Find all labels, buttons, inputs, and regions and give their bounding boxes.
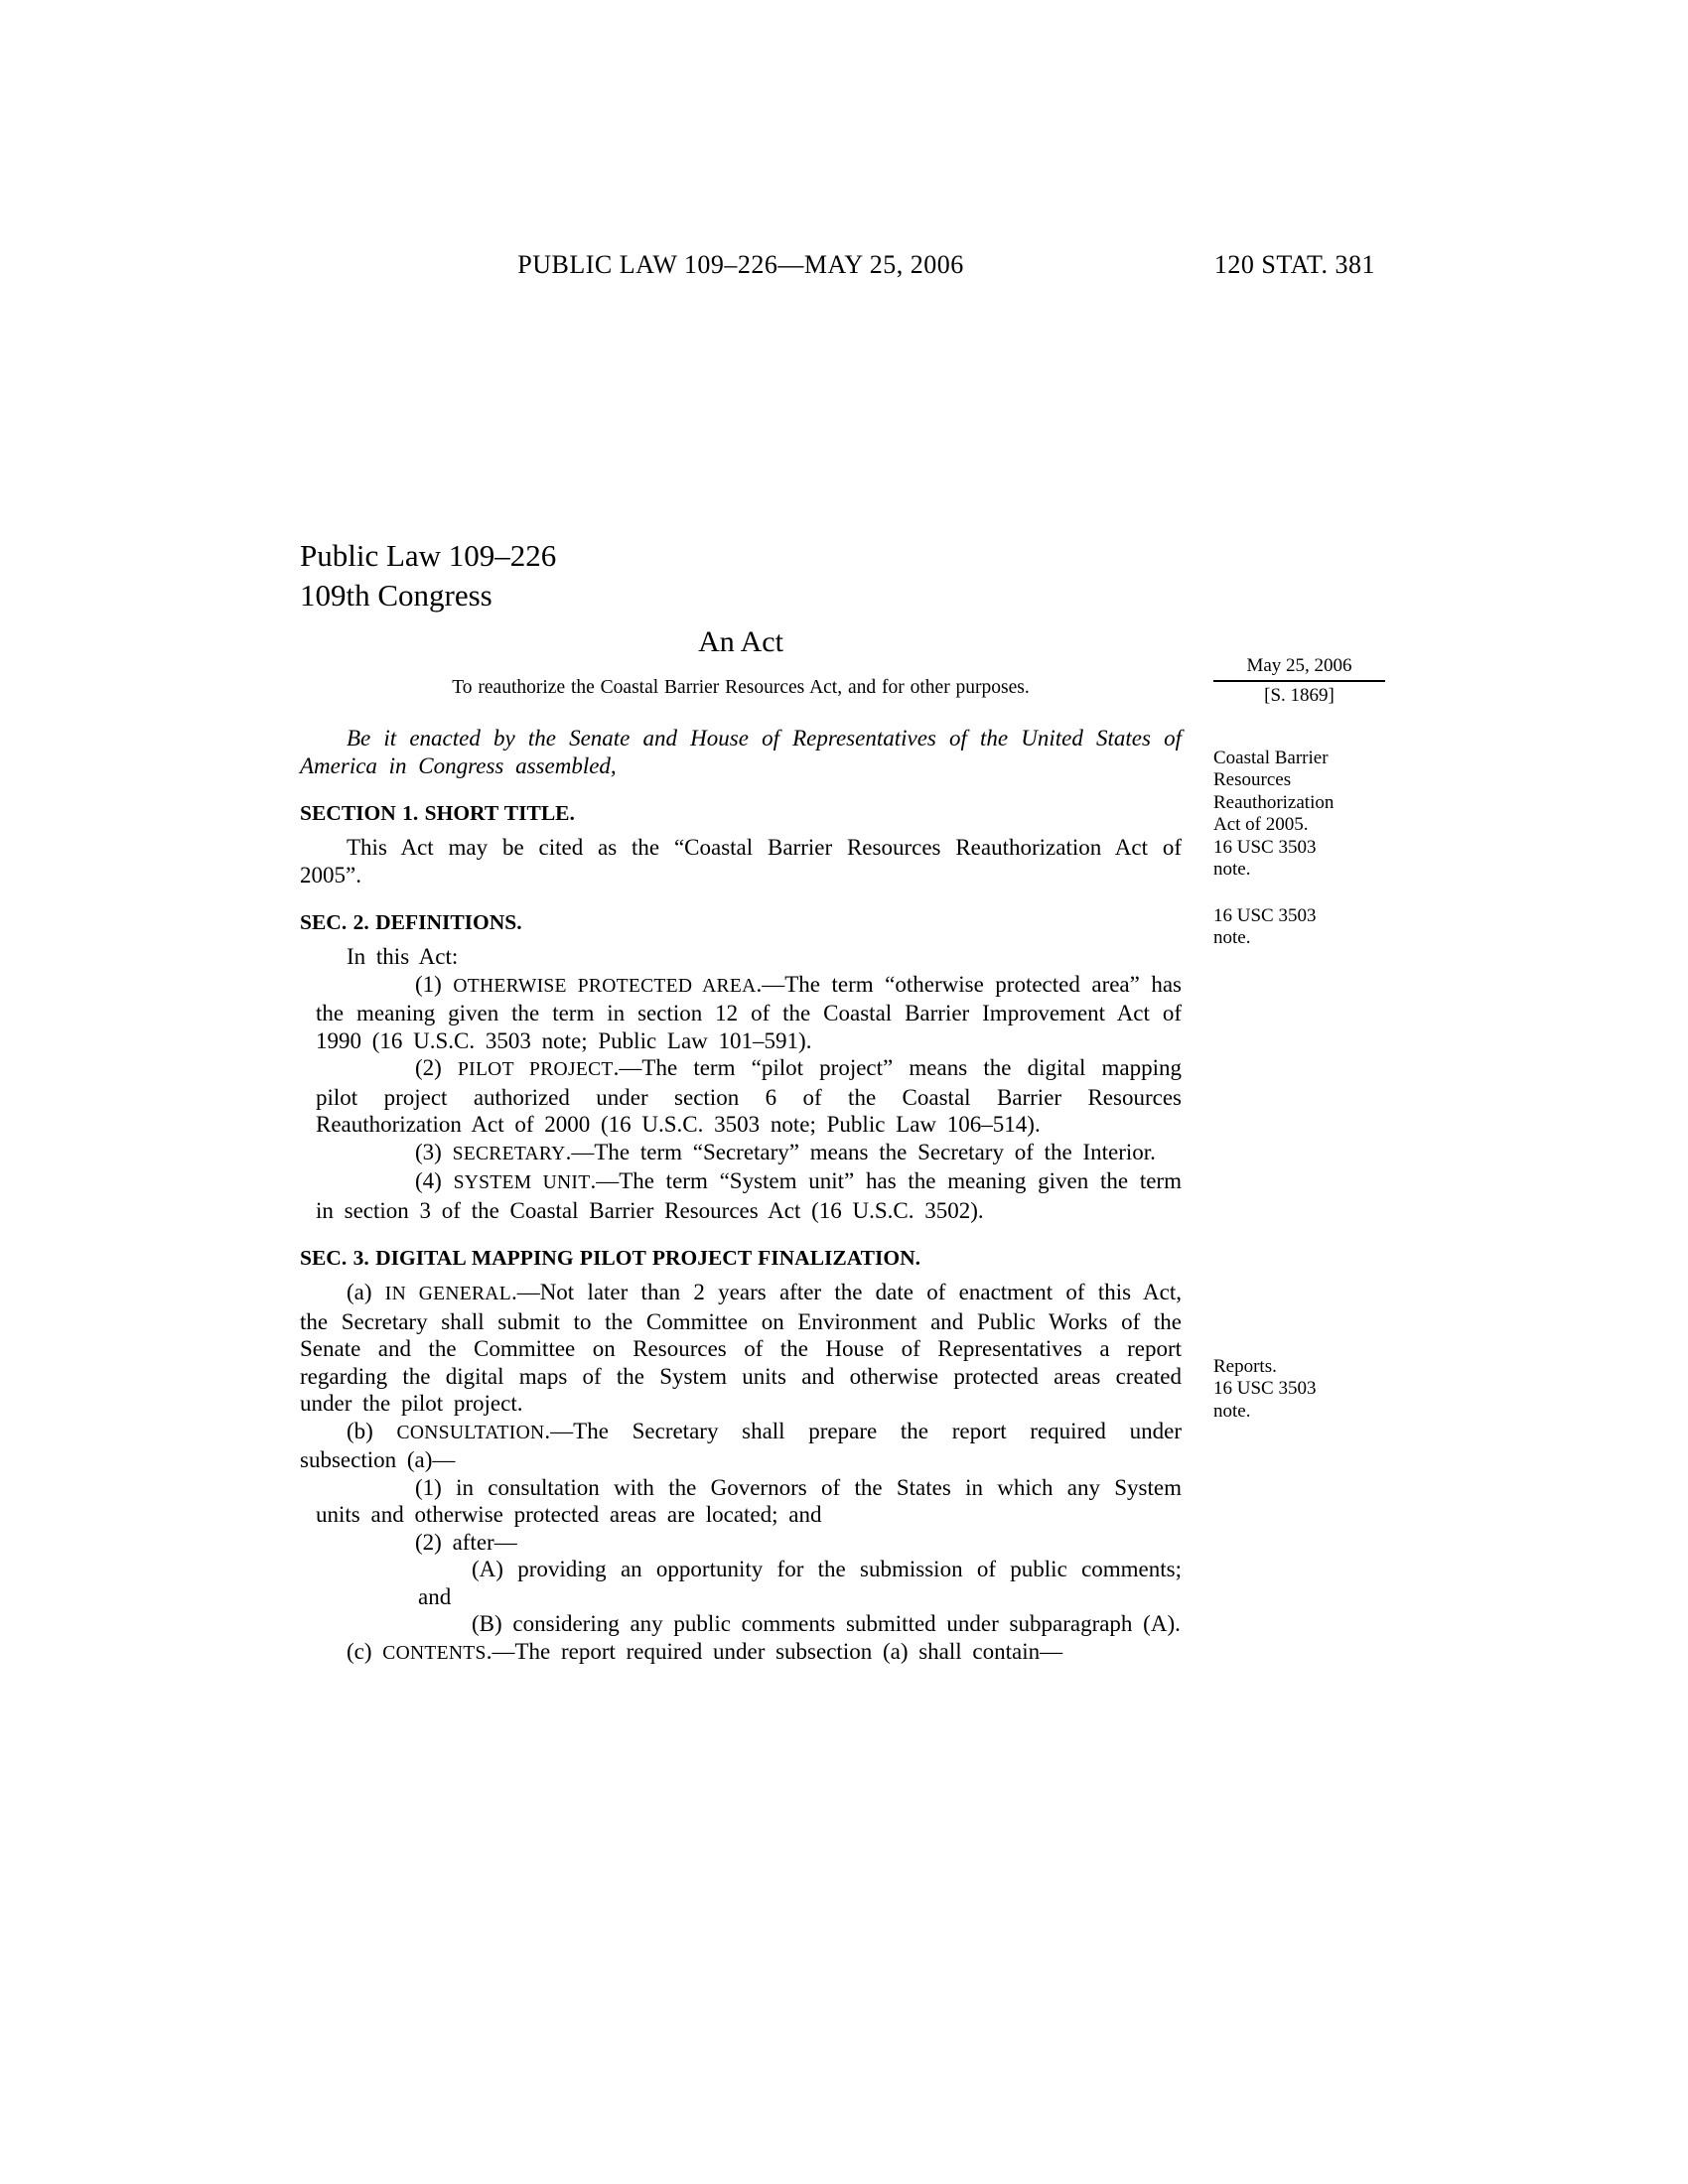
margin-note-line: note. [1213, 1401, 1394, 1423]
text-run: (c) [347, 1639, 382, 1664]
margin-note-line: Reports. [1213, 1356, 1394, 1378]
margin-note-line: May 25, 2006 [1213, 655, 1385, 677]
margin-note-line: Reauthorization [1213, 792, 1394, 814]
definitions-note: 16 USC 3503note. [1213, 905, 1394, 950]
section-heading: SECTION 1. SHORT TITLE. [300, 800, 1182, 827]
running-header-stat-page: 120 STAT. 381 [1142, 250, 1375, 280]
margin-note-text: 16 USC 3503note. [1213, 905, 1394, 950]
running-header-law-line: PUBLIC LAW 109–226—MAY 25, 2006 [300, 250, 1182, 280]
defined-term: SYSTEM UNIT [454, 1172, 591, 1193]
text-run: .—The report required under subsection (… [487, 1639, 1062, 1664]
enacting-clause: Be it enacted by the Senate and House of… [300, 725, 1182, 779]
short-title-note: Coastal BarrierResourcesReauthorizationA… [1213, 748, 1394, 881]
statute-paragraph: (2) PILOT PROJECT.—The term “pilot proje… [316, 1054, 1182, 1139]
statute-paragraph: (4) SYSTEM UNIT.—The term “System unit” … [316, 1167, 1182, 1224]
defined-term: CONTENTS [382, 1643, 486, 1664]
text-run: (B) considering any public comments subm… [472, 1611, 1181, 1636]
margin-note-text: Coastal BarrierResourcesReauthorizationA… [1213, 748, 1394, 881]
defined-term: IN GENERAL [385, 1284, 511, 1304]
text-run: (3) [415, 1140, 453, 1164]
margin-note-text: May 25, 2006 [1213, 655, 1385, 682]
text-run: (b) [347, 1419, 397, 1443]
statute-paragraph: (c) CONTENTS.—The report required under … [300, 1638, 1182, 1668]
text-run: .—The term “Secretary” means the Secreta… [566, 1140, 1156, 1164]
margin-note-line: Resources [1213, 769, 1394, 791]
act-heading: An Act [300, 625, 1182, 659]
section-heading: SEC. 3. DIGITAL MAPPING PILOT PROJECT FI… [300, 1245, 1182, 1272]
defined-term: SECRETARY [453, 1144, 566, 1164]
reports-note: Reports.16 USC 3503note. [1213, 1356, 1394, 1423]
text-run: This Act may be cited as the “Coastal Ba… [300, 835, 1182, 887]
section-heading: SEC. 2. DEFINITIONS. [300, 909, 1182, 936]
margin-note-line: Act of 2005. [1213, 814, 1394, 836]
statute-paragraph: (a) IN GENERAL.—Not later than 2 years a… [300, 1279, 1182, 1418]
text-run: (A) providing an opportunity for the sub… [418, 1557, 1182, 1609]
statute-paragraph: This Act may be cited as the “Coastal Ba… [300, 834, 1182, 888]
statute-paragraph: (3) SECRETARY.—The term “Secretary” mean… [316, 1139, 1182, 1168]
statute-page: { "colors": { "paper": "#ffffff", "ink":… [0, 0, 1688, 2184]
margin-note-line: note. [1213, 927, 1394, 949]
statute-paragraph: (A) providing an opportunity for the sub… [418, 1556, 1182, 1610]
text-run: (1) in consultation with the Governors o… [316, 1475, 1182, 1528]
statute-paragraph: (1) OTHERWISE PROTECTED AREA.—The term “… [316, 971, 1182, 1055]
defined-term: CONSULTATION [397, 1423, 545, 1443]
text-run: In this Act: [347, 944, 458, 969]
statute-paragraph: (1) in consultation with the Governors o… [316, 1474, 1182, 1529]
margin-note-text: Reports.16 USC 3503note. [1213, 1356, 1394, 1423]
act-purpose: To reauthorize the Coastal Barrier Resou… [300, 676, 1182, 700]
text-run: (2) after— [415, 1530, 517, 1555]
margin-note-line: note. [1213, 859, 1394, 881]
defined-term: OTHERWISE PROTECTED AREA [453, 976, 756, 997]
margin-note-line: [S. 1869] [1213, 682, 1385, 707]
text-run: (a) [347, 1280, 385, 1304]
law-number-title: Public Law 109–226 [300, 536, 1182, 576]
statute-paragraph: In this Act: [300, 943, 1182, 971]
margin-note-line: 16 USC 3503 [1213, 905, 1394, 927]
text-run: (2) [415, 1055, 458, 1080]
text-run: (4) [415, 1168, 454, 1193]
margin-note-line: 16 USC 3503 [1213, 1378, 1394, 1400]
statute-body-column: Public Law 109–226 109th Congress An Act… [300, 536, 1182, 1667]
statute-paragraph: (B) considering any public comments subm… [418, 1610, 1182, 1638]
sections: SECTION 1. SHORT TITLE.This Act may be c… [300, 800, 1182, 1667]
statute-paragraph: (2) after— [316, 1529, 1182, 1557]
text-run: (1) [415, 972, 453, 997]
margin-note-line: Coastal Barrier [1213, 748, 1394, 769]
margin-note-line: 16 USC 3503 [1213, 837, 1394, 859]
defined-term: PILOT PROJECT [458, 1059, 614, 1080]
date-note: May 25, 2006[S. 1869] [1213, 655, 1385, 708]
statute-paragraph: (b) CONSULTATION.—The Secretary shall pr… [300, 1418, 1182, 1474]
congress-title: 109th Congress [300, 576, 1182, 615]
